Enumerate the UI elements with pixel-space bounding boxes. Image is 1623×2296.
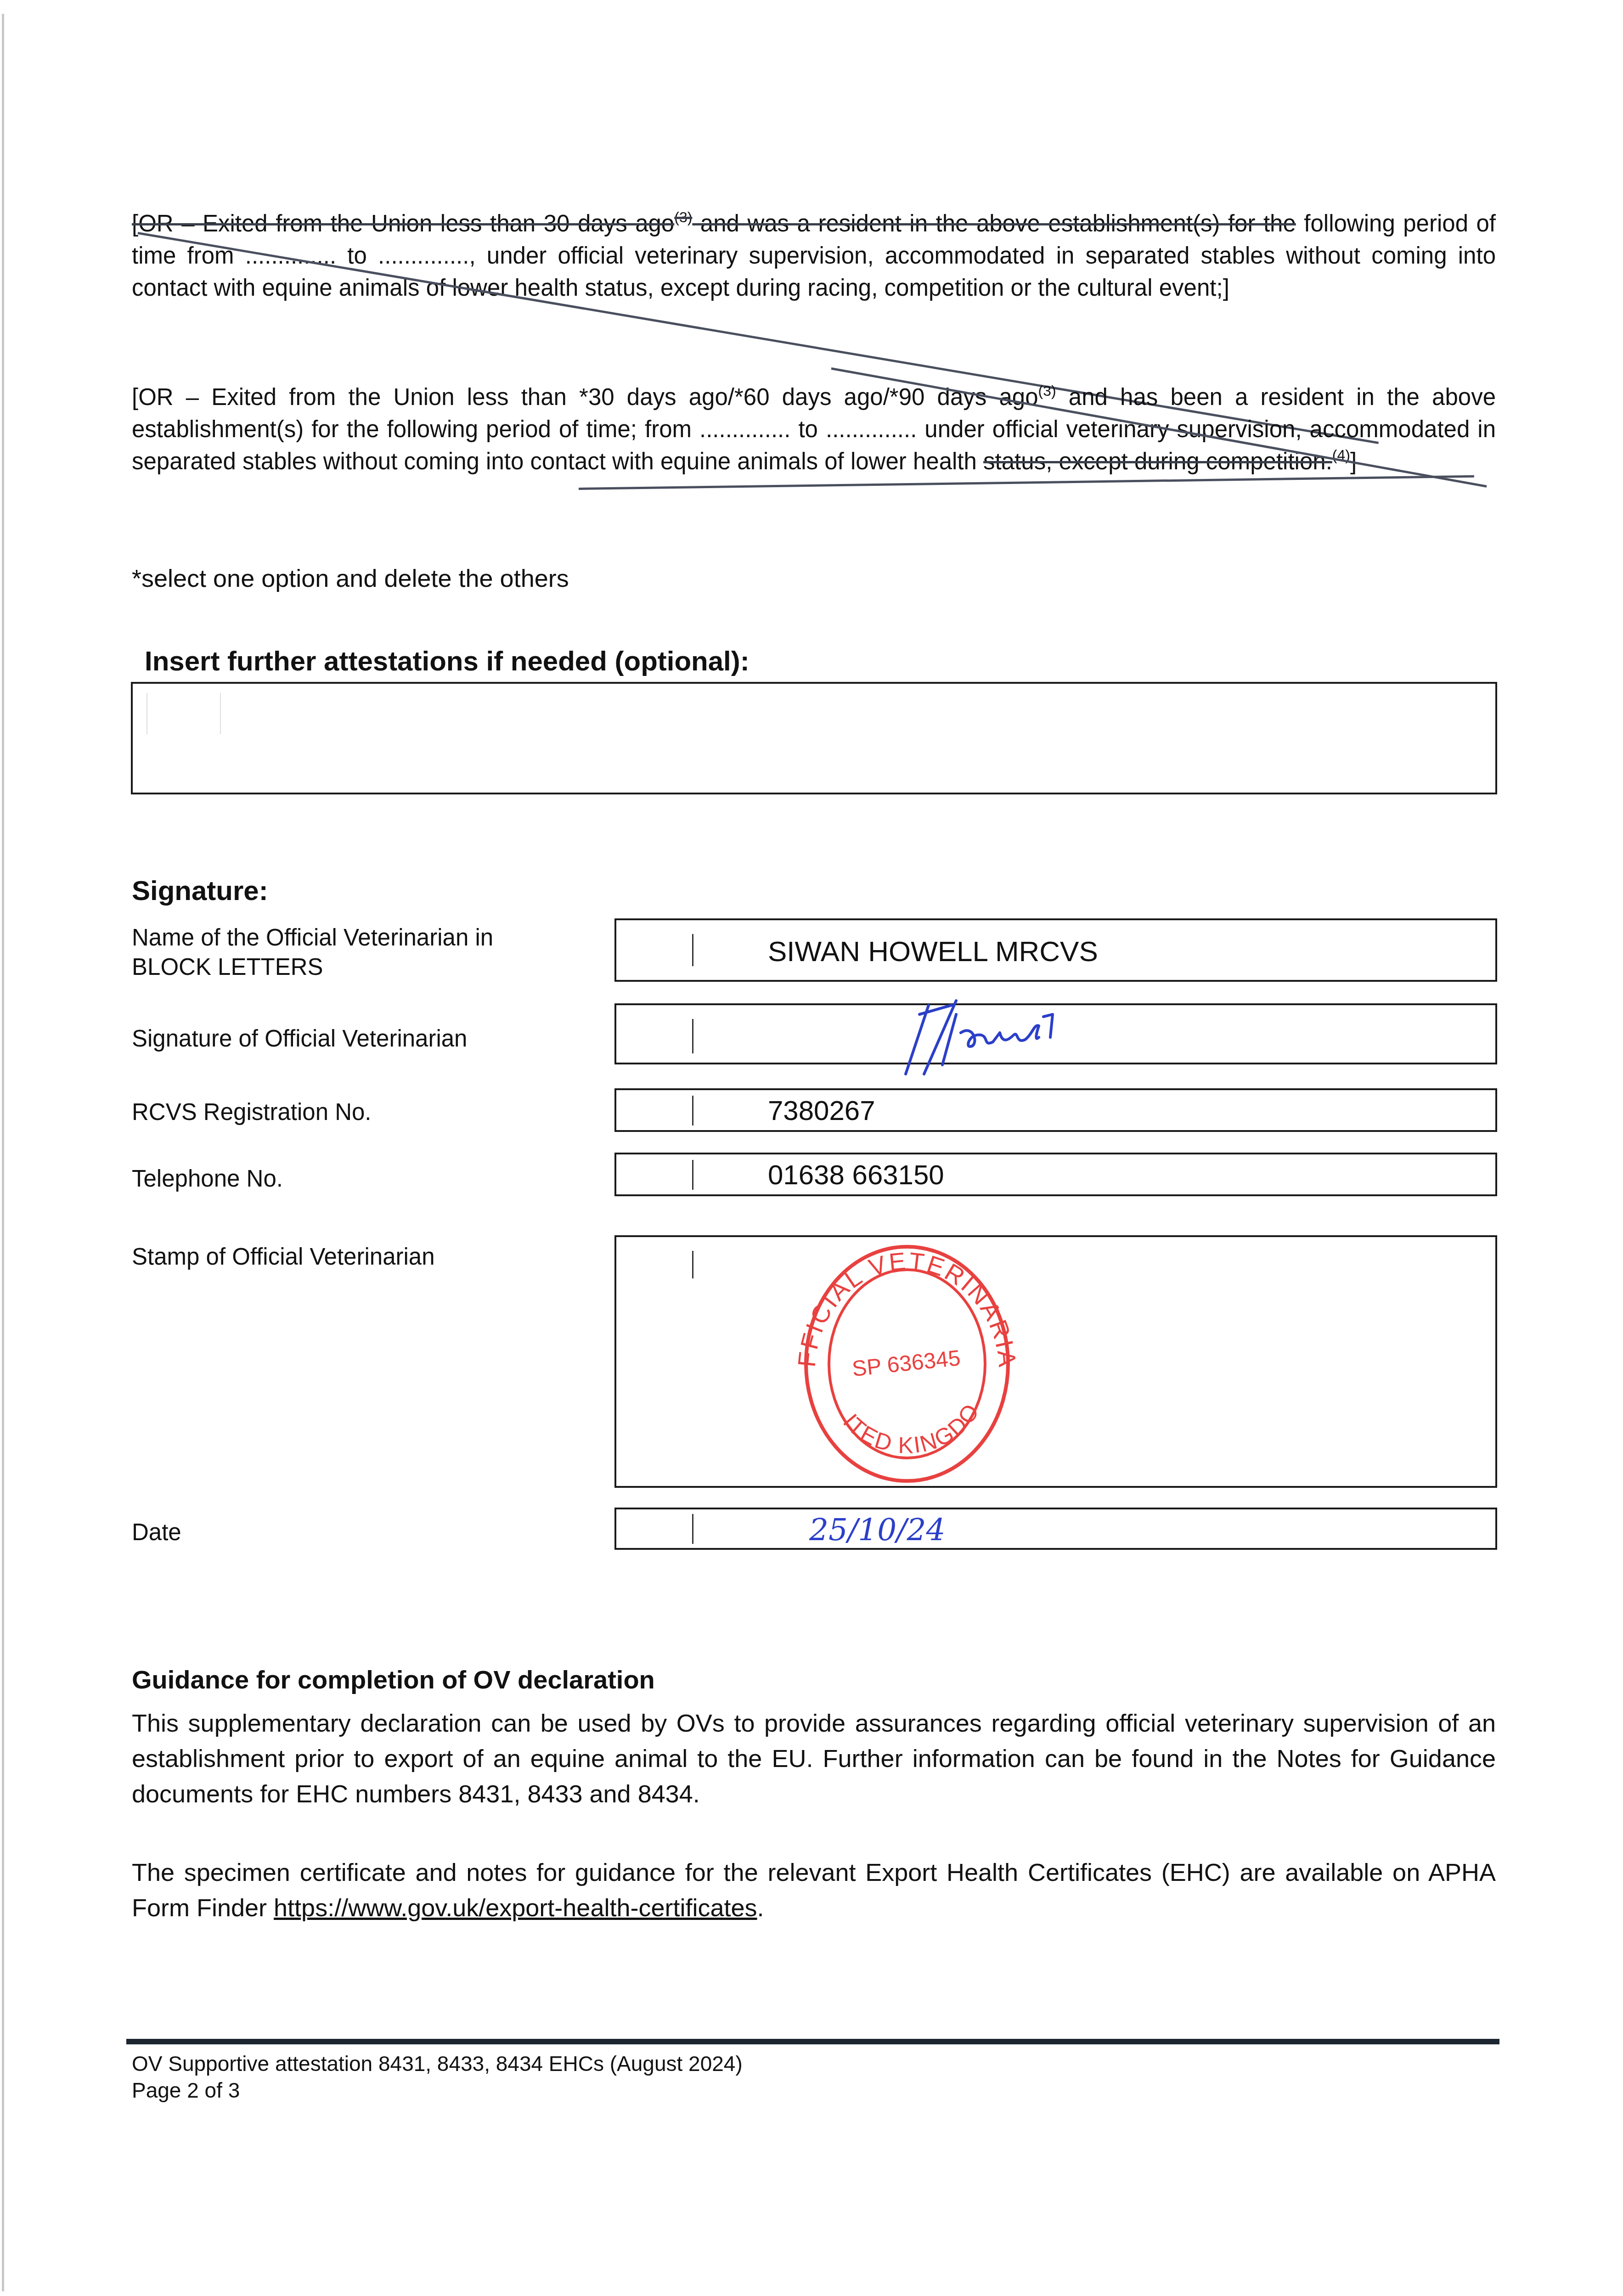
further-attestations-heading: Insert further attestations if needed (o… [145,645,750,677]
field-label-date: Date [132,1518,181,1547]
date-value: 25/10/24 [809,1512,945,1548]
field-tick [692,1160,693,1190]
further-attestations-box[interactable] [131,682,1497,794]
stamp-center-text: SP 636345 [851,1346,962,1381]
footnote-ref: (3) [1038,383,1056,399]
footnote-ref: (3) [674,209,692,225]
option-b-paragraph: [OR – Exited from the Union less than *3… [132,381,1496,478]
export-health-certificates-link[interactable]: https://www.gov.uk/export-health-certifi… [274,1894,757,1922]
scan-edge-line [2,14,4,2291]
field-tick [692,1019,693,1053]
rcvs-registration-field[interactable]: 7380267 [614,1088,1497,1132]
field-label-rcvs: RCVS Registration No. [132,1097,372,1127]
field-label-telephone: Telephone No. [132,1164,283,1193]
field-tick [692,934,693,966]
guidance-text-end: . [757,1894,764,1922]
guidance-heading: Guidance for completion of OV declaratio… [132,1665,655,1694]
guidance-paragraph-1: This supplementary declaration can be us… [132,1706,1496,1812]
footer-rule [126,2039,1499,2044]
telephone-field[interactable]: 01638 663150 [614,1153,1497,1196]
name-field[interactable]: SIWAN HOWELL MRCVS [614,918,1497,982]
guidance-paragraph-2: The specimen certificate and notes for g… [132,1855,1496,1926]
field-label-signature: Signature of Official Veterinarian [132,1024,468,1053]
option-a-struck-text-2: and was a resident in the above establis… [692,210,1296,236]
signature-field[interactable] [614,1003,1497,1064]
field-tick [692,1514,693,1544]
option-a-paragraph: [OR – Exited from the Union less than 30… [132,208,1496,304]
rcvs-value: 7380267 [768,1095,875,1126]
field-tick [692,1251,693,1278]
field-tick [692,1096,693,1125]
date-field[interactable]: 25/10/24 [614,1508,1497,1550]
stamp-field[interactable] [614,1235,1497,1488]
box-tick [220,693,221,734]
handwritten-signature [901,996,1158,1079]
name-value: SIWAN HOWELL MRCVS [768,935,1098,968]
footer-page-number: Page 2 of 3 [132,2077,240,2104]
option-b-text-1: [OR – Exited from the Union less than *3… [132,384,1038,410]
field-label-name: Name of the Official Veterinarian in BLO… [132,923,568,982]
telephone-value: 01638 663150 [768,1159,944,1191]
select-note: *select one option and delete the others [132,563,1496,595]
box-tick [147,693,147,734]
official-veterinarian-stamp: OFFICIAL VETERINARIAN UNITED KINGDOM SP … [783,1233,1031,1490]
footer-document-title: OV Supportive attestation 8431, 8433, 84… [132,2050,743,2077]
signature-heading: Signature: [132,875,268,906]
option-a-struck-text: [OR – Exited from the Union less than 30… [132,210,674,236]
field-label-stamp: Stamp of Official Veterinarian [132,1242,435,1272]
option-b-struck-text: status, except during competition. [983,448,1332,474]
